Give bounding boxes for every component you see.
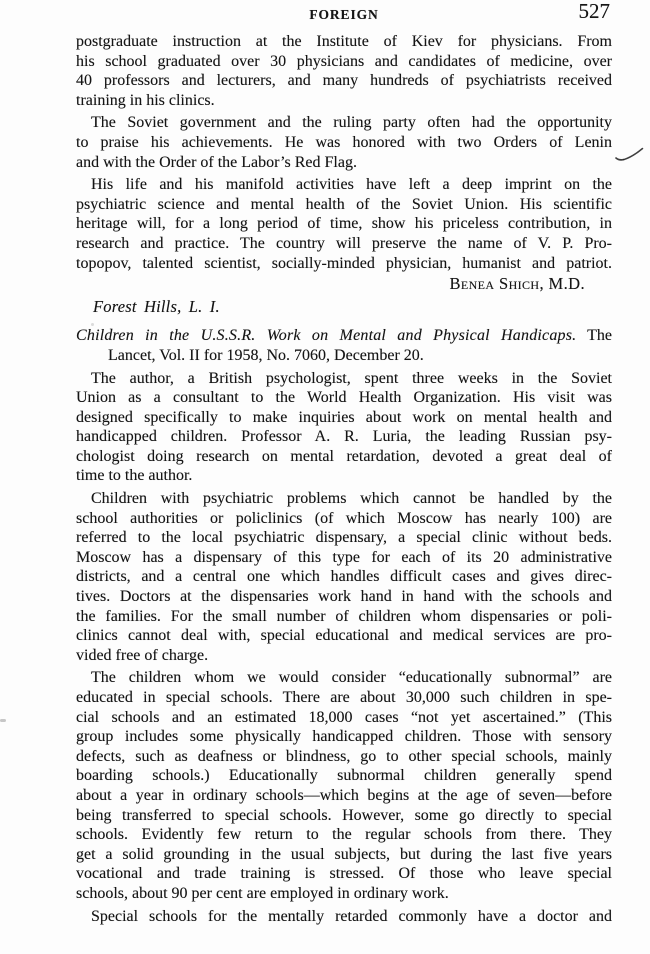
text-line: about a year in ordinary schools—which b…	[76, 786, 612, 806]
text-line: vocational and trade training is stresse…	[76, 864, 612, 884]
text-line: The Soviet government and the ruling par…	[76, 113, 612, 133]
text-line: to praise his achievements. He was honor…	[76, 133, 612, 153]
citation-line-1: Children in the U.S.S.R. Work on Mental …	[76, 326, 612, 346]
text-line: schools. Evidently few return to the reg…	[76, 825, 612, 845]
text-line: and with the Order of the Labor’s Red Fl…	[76, 153, 612, 173]
scanned-journal-page: FOREIGN 527 postgraduate instruction at …	[0, 0, 650, 954]
text-line: Special schools for the mentally retarde…	[76, 907, 612, 927]
text-line: handicapped children. Professor A. R. Lu…	[76, 427, 612, 447]
text-line: get a solid grounding in the usual subje…	[76, 845, 612, 865]
para-his-life: His life and his manifold activities hav…	[76, 175, 612, 273]
text-line: Moscow has a dispensary of this type for…	[76, 548, 612, 568]
text-line: The children whom we would consider “edu…	[76, 668, 612, 688]
page-number: 527	[579, 1, 611, 22]
pen-check-mark	[607, 145, 645, 167]
para-psychiatric-dispensaries: Children with psychiatric problems which…	[76, 489, 612, 665]
text-line: training in his clinics.	[76, 91, 612, 111]
text-line: vided free of charge.	[76, 646, 612, 666]
text-line: Children with psychiatric problems which…	[76, 489, 612, 509]
text-line: schools, about 90 per cent are employed …	[76, 884, 612, 904]
text-line: designed specifically to make inquiries …	[76, 408, 612, 428]
page-header: FOREIGN	[76, 6, 612, 24]
citation-line-2: Lancet, Vol. II for 1958, No. 7060, Dece…	[76, 346, 612, 366]
text-line: tives. Doctors at the dispensaries work …	[76, 587, 612, 607]
text-line: referred to the local psychiatric dispen…	[76, 528, 612, 548]
text-line: clinics cannot deal with, special educat…	[76, 626, 612, 646]
para-protopopov-continuation: postgraduate instruction at the Institut…	[76, 32, 612, 110]
para-educationally-subnormal: The children whom we would consider “edu…	[76, 668, 612, 903]
text-line: his school graduated over 30 physicians …	[76, 52, 612, 72]
citation-title: Children in the U.S.S.R. Work on Mental …	[76, 327, 576, 344]
text-line: time to the author.	[76, 466, 612, 486]
text-line: districts, and a central one which handl…	[76, 567, 612, 587]
para-author-visit: The author, a British psychologist, spen…	[76, 369, 612, 487]
scan-speck	[0, 719, 6, 722]
text-line: postgraduate instruction at the Institut…	[76, 32, 612, 52]
text-line: chologist doing research on mental retar…	[76, 447, 612, 467]
text-line: 40 professors and lecturers, and many hu…	[76, 71, 612, 91]
text-line: cial schools and an estimated 18,000 cas…	[76, 708, 612, 728]
text-line: boarding schools.) Educationally subnorm…	[76, 766, 612, 786]
text-line: topopov, talented scientist, socially-mi…	[76, 254, 612, 274]
running-head: FOREIGN	[309, 7, 378, 22]
text-line: heritage will, for a long period of time…	[76, 214, 612, 234]
text-line: educated in special schools. There are a…	[76, 688, 612, 708]
text-line: group includes some physically handicapp…	[76, 727, 612, 747]
scan-speck	[91, 323, 94, 326]
para-special-schools: Special schools for the mentally retarde…	[76, 907, 612, 927]
text-line: research and practice. The country will …	[76, 234, 612, 254]
text-line: the families. For the small number of ch…	[76, 607, 612, 627]
text-line: psychiatric science and mental health of…	[76, 195, 612, 215]
text-line: being transferred to special schools. Ho…	[76, 806, 612, 826]
citation-journal-intro: The	[587, 327, 612, 344]
text-line: Union as a consultant to the World Healt…	[76, 388, 612, 408]
text-line: The author, a British psychologist, spen…	[76, 369, 612, 389]
reference-citation: Children in the U.S.S.R. Work on Mental …	[76, 326, 612, 365]
text-line: defects, such as deafness or blindness, …	[76, 747, 612, 767]
text-line: school authorities or policlinics (of wh…	[76, 509, 612, 529]
text-line: His life and his manifold activities hav…	[76, 175, 612, 195]
para-soviet-government: The Soviet government and the ruling par…	[76, 113, 612, 172]
signature: Benea Shich, M.D.	[76, 274, 612, 294]
byline: Forest Hills, L. I.	[76, 297, 612, 317]
text-column: postgraduate instruction at the Institut…	[76, 32, 612, 926]
